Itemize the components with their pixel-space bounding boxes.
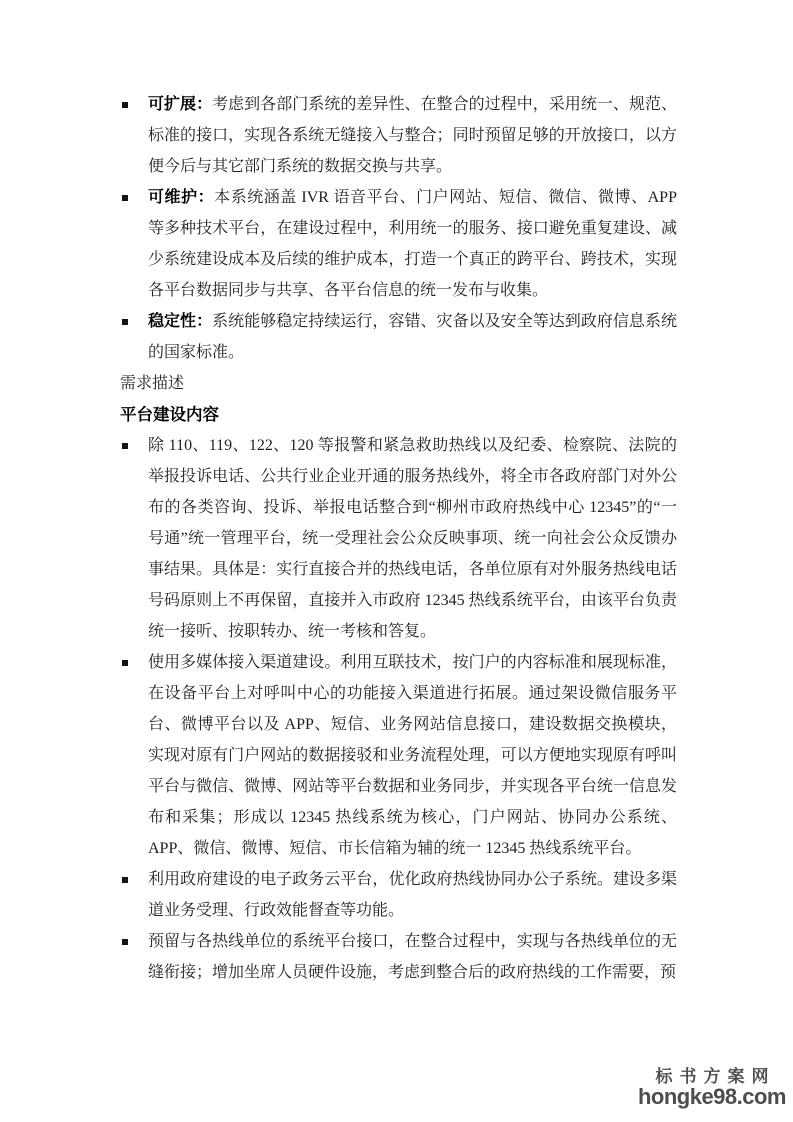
bullet-square-icon	[122, 939, 128, 945]
watermark: 标书方案网 hongke98.com	[638, 1067, 786, 1108]
bullet-text-multimedia-channels: 使用多媒体接入渠道建设。利用互联技术，按门户的内容标准和展现标准，在设备平台上对…	[148, 654, 677, 857]
bullet-text-hotline-merge: 除 110、119、122、120 等报警和紧急救助热线以及纪委、检察院、法院的…	[148, 437, 677, 640]
bullet-square-icon	[122, 319, 128, 325]
bullet-text-egov-cloud: 利用政府建设的电子政务云平台，优化政府热线协同办公子系统。建设多渠道业务受理、行…	[148, 871, 677, 919]
paragraph-requirement-description: 需求描述	[120, 368, 677, 399]
watermark-site-url: hongke98.com	[638, 1086, 786, 1108]
bullet-text-scalability: 考虑到各部门系统的差异性、在整合的过程中，采用统一、规范、标准的接口，实现各系统…	[148, 96, 677, 175]
bullet-lead-stability: 稳定性：	[148, 313, 212, 330]
bullet-item-multimedia-channels: 使用多媒体接入渠道建设。利用互联技术，按门户的内容标准和展现标准，在设备平台上对…	[120, 647, 677, 864]
bullet-text-maintainability: 本系统涵盖 IVR 语音平台、门户网站、短信、微信、微博、APP 等多种技术平台…	[148, 189, 677, 299]
bullet-square-icon	[122, 102, 128, 108]
document-body: 可扩展：考虑到各部门系统的差异性、在整合的过程中，采用统一、规范、标准的接口，实…	[120, 89, 677, 988]
bullet-lead-scalability: 可扩展：	[148, 96, 212, 113]
bullet-item-reserved-interfaces: 预留与各热线单位的系统平台接口，在整合过程中，实现与各热线单位的无缝衔接；增加坐…	[120, 926, 677, 988]
bullet-square-icon	[122, 877, 128, 883]
bullet-item-hotline-merge: 除 110、119、122、120 等报警和紧急救助热线以及纪委、检察院、法院的…	[120, 430, 677, 647]
bullet-text-reserved-interfaces: 预留与各热线单位的系统平台接口，在整合过程中，实现与各热线单位的无缝衔接；增加坐…	[148, 933, 677, 981]
bullet-item-scalability: 可扩展：考虑到各部门系统的差异性、在整合的过程中，采用统一、规范、标准的接口，实…	[120, 89, 677, 182]
bullet-item-stability: 稳定性：系统能够稳定持续运行，容错、灾备以及安全等达到政府信息系统的国家标准。	[120, 306, 677, 368]
bullet-square-icon	[122, 443, 128, 449]
bullet-item-egov-cloud: 利用政府建设的电子政务云平台，优化政府热线协同办公子系统。建设多渠道业务受理、行…	[120, 864, 677, 926]
bullet-text-stability: 系统能够稳定持续运行，容错、灾备以及安全等达到政府信息系统的国家标准。	[148, 313, 677, 361]
bullet-item-maintainability: 可维护：本系统涵盖 IVR 语音平台、门户网站、短信、微信、微博、APP 等多种…	[120, 182, 677, 306]
bullet-square-icon	[122, 660, 128, 666]
bullet-square-icon	[122, 195, 128, 201]
heading-platform-construction: 平台建设内容	[120, 399, 677, 430]
bullet-lead-maintainability: 可维护：	[148, 189, 214, 206]
